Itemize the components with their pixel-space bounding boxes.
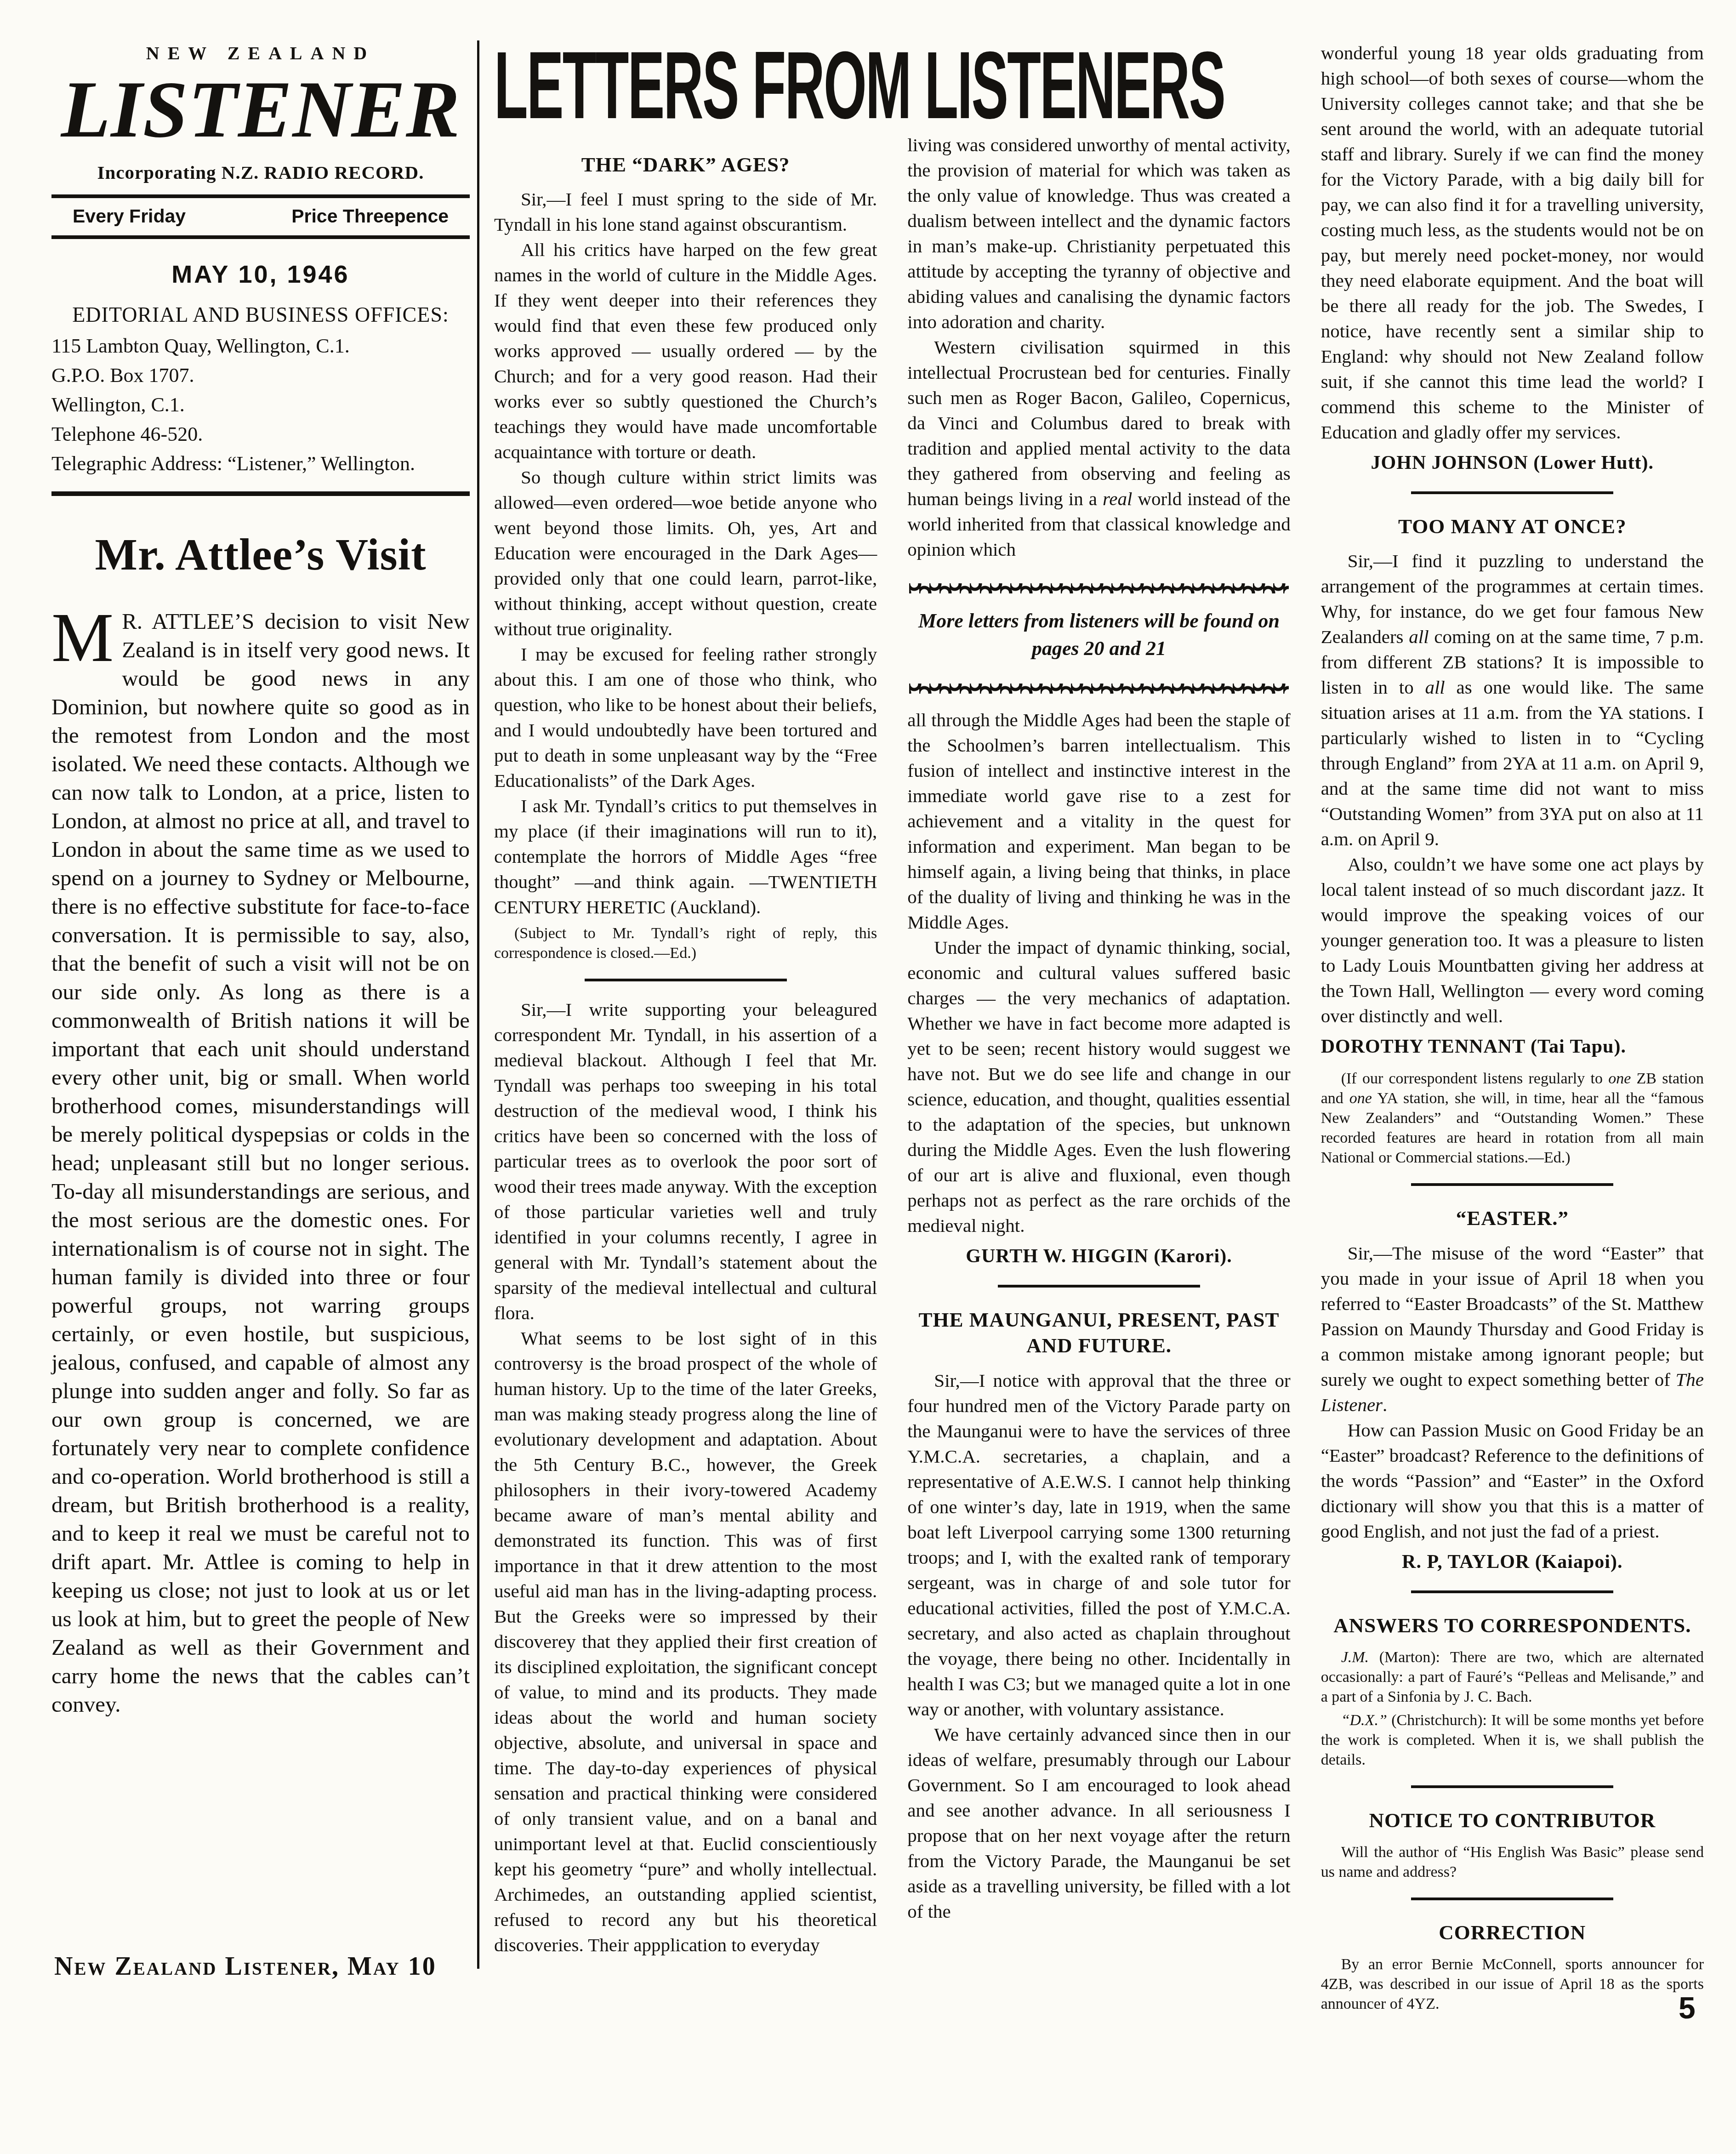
page-layout: NEW ZEALAND LISTENER Incorporating N.Z. … xyxy=(0,0,1736,2017)
letter-paragraph: Western civilisation squirmed in this in… xyxy=(907,335,1290,562)
letter-heading: ANSWERS TO CORRESPONDENTS. xyxy=(1321,1613,1704,1638)
letter-heading: TOO MANY AT ONCE? xyxy=(1321,513,1704,539)
letter-paragraph: So though culture within strict limits w… xyxy=(494,465,877,642)
letters-column-1: THE “DARK” AGES?Sir,—I feel I must sprin… xyxy=(494,132,877,2017)
letter-paragraph: Sir,—I write supporting your beleagured … xyxy=(494,997,877,1326)
horizontal-rule xyxy=(51,491,470,496)
drop-cap: M xyxy=(51,607,122,665)
section-divider xyxy=(1411,1898,1613,1900)
editor-note: Will the author of “His English Was Basi… xyxy=(1321,1842,1704,1882)
letter-paragraph: All his critics have harped on the few g… xyxy=(494,237,877,465)
editor-note: “D.X.” (Christchurch): It will be some m… xyxy=(1321,1710,1704,1770)
section-divider xyxy=(1411,1785,1613,1788)
wavy-divider xyxy=(909,583,1288,593)
letter-paragraph: I ask Mr. Tyndall’s critics to put thems… xyxy=(494,793,877,920)
letter-paragraph: Sir,—The misuse of the word “Easter” tha… xyxy=(1321,1241,1704,1418)
letter-paragraph: We have certainly advanced since then in… xyxy=(907,1722,1290,1924)
office-address-line: G.P.O. Box 1707. xyxy=(51,361,470,390)
letter-heading: “EASTER.” xyxy=(1321,1205,1704,1231)
letter-paragraph: wonderful young 18 year olds graduating … xyxy=(1321,40,1704,445)
letters-header: LETTERS FROM LISTENERS xyxy=(494,40,1291,132)
page-number: 5 xyxy=(1679,1990,1696,2025)
letter-paragraph: Sir,—I notice with approval that the thr… xyxy=(907,1368,1290,1722)
masthead: NEW ZEALAND LISTENER Incorporating N.Z. … xyxy=(51,42,470,496)
issue-info-row: Every Friday Price Threepence xyxy=(51,198,470,235)
letter-signature: GURTH W. HIGGIN (Karori). xyxy=(907,1244,1290,1269)
letter-heading: NOTICE TO CONTRIBUTOR xyxy=(1321,1807,1704,1833)
letter-heading: THE MAUNGANUI, PRESENT, PAST AND FUTURE. xyxy=(907,1307,1290,1359)
letter-paragraph: How can Passion Music on Good Friday be … xyxy=(1321,1418,1704,1544)
more-letters-note: More letters from listeners will be foun… xyxy=(907,607,1290,662)
masthead-kicker: NEW ZEALAND xyxy=(51,42,470,64)
letters-section: LETTERS FROM LISTENERS THE “DARK” AGES?S… xyxy=(479,40,1704,2017)
section-divider xyxy=(998,1285,1200,1288)
letter-heading: THE “DARK” AGES? xyxy=(494,152,877,177)
letter-heading: CORRECTION xyxy=(1321,1920,1704,1945)
letter-paragraph: Under the impact of dynamic thinking, so… xyxy=(907,935,1290,1238)
letters-column-2: living was considered unworthy of mental… xyxy=(907,132,1290,2017)
issue-date: MAY 10, 1946 xyxy=(51,260,470,289)
editorial-text: R. ATTLEE’S decision to visit New Zealan… xyxy=(51,609,470,1717)
letter-signature: DOROTHY TENNANT (Tai Tapu). xyxy=(1321,1034,1704,1060)
section-divider xyxy=(1411,491,1613,494)
section-divider xyxy=(1411,1590,1613,1593)
letter-paragraph: Sir,—I feel I must spring to the side of… xyxy=(494,187,877,237)
footer-journal-title: New Zealand Listener, May 10 xyxy=(54,1952,437,1981)
letters-column-3: wonderful young 18 year olds graduating … xyxy=(1321,40,1704,2017)
editor-note: J.M. (Marton): There are two, which are … xyxy=(1321,1647,1704,1707)
offices-heading: EDITORIAL AND BUSINESS OFFICES: xyxy=(51,302,470,327)
letter-paragraph: I may be excused for feeling rather stro… xyxy=(494,642,877,793)
office-address-line: Telegraphic Address: “Listener,” Welling… xyxy=(51,449,470,479)
editor-note: (If our correspondent listens regularly … xyxy=(1321,1069,1704,1168)
office-address-line: Wellington, C.1. xyxy=(51,390,470,420)
letters-header-text: LETTERS FROM LISTENERS xyxy=(494,40,1224,131)
letter-paragraph: What seems to be lost sight of in this c… xyxy=(494,1326,877,1958)
section-divider xyxy=(1411,1183,1613,1186)
masthead-subtitle: Incorporating N.Z. RADIO RECORD. xyxy=(51,161,470,183)
horizontal-rule xyxy=(51,235,470,239)
masthead-title: LISTENER xyxy=(51,68,470,151)
editor-note: (Subject to Mr. Tyndall’s right of reply… xyxy=(494,923,877,963)
letter-paragraph: living was considered unworthy of mental… xyxy=(907,132,1290,335)
office-address-line: Telephone 46-520. xyxy=(51,420,470,449)
letter-signature: R. P, TAYLOR (Kaiapoi). xyxy=(1321,1550,1704,1575)
left-column: NEW ZEALAND LISTENER Incorporating N.Z. … xyxy=(51,40,470,1719)
wavy-divider xyxy=(909,684,1288,694)
letter-paragraph: all through the Middle Ages had been the… xyxy=(907,707,1290,935)
office-address-line: 115 Lambton Quay, Wellington, C.1. xyxy=(51,331,470,361)
issue-price: Price Threepence xyxy=(291,205,449,227)
issue-frequency: Every Friday xyxy=(73,205,186,227)
editorial-article: Mr. Attlee’s Visit MR. ATTLEE’S decision… xyxy=(51,529,470,1719)
newspaper-page: NEW ZEALAND LISTENER Incorporating N.Z. … xyxy=(0,0,1736,2154)
horizontal-rule xyxy=(51,194,470,198)
letter-signature: JOHN JOHNSON (Lower Hutt). xyxy=(1321,450,1704,476)
editorial-body: MR. ATTLEE’S decision to visit New Zeala… xyxy=(51,607,470,1719)
editor-note: By an error Bernie McConnell, sports ann… xyxy=(1321,1955,1704,2014)
letter-paragraph: Sir,—I find it puzzling to understand th… xyxy=(1321,548,1704,852)
section-divider xyxy=(585,979,787,981)
letter-paragraph: Also, couldn’t we have some one act play… xyxy=(1321,852,1704,1029)
editorial-title: Mr. Attlee’s Visit xyxy=(51,529,470,581)
